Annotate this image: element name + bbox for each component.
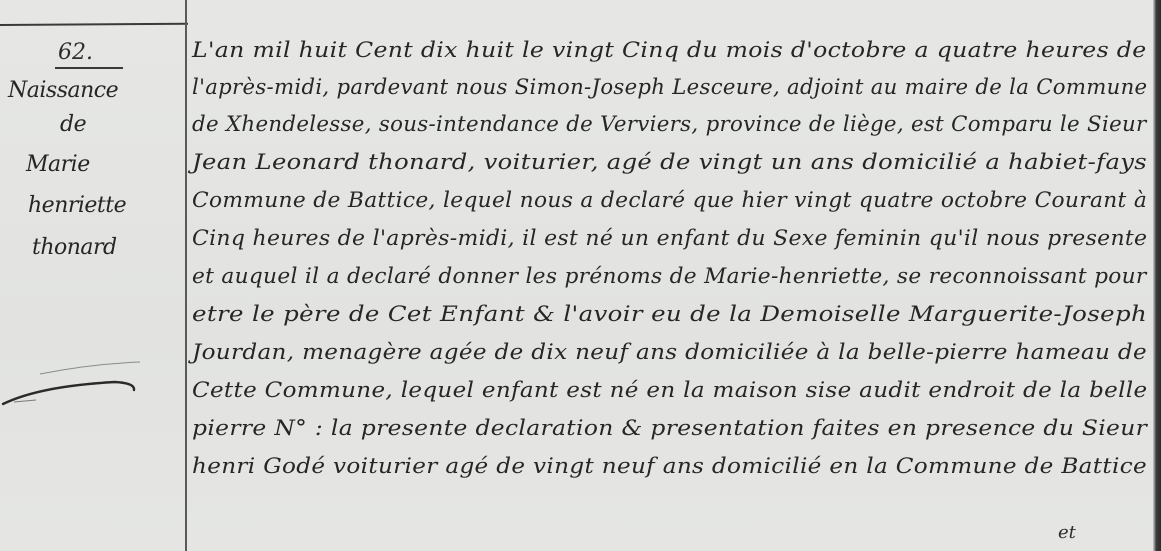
top-rule-line — [0, 23, 188, 26]
record-line: pierre N° : la presente declaration & pr… — [192, 416, 1147, 440]
margin-title-line: de — [60, 112, 86, 137]
record-line: Jourdan, menagère agée de dix neuf ans d… — [192, 340, 1147, 364]
register-page: 62. Naissance de Marie henriette thonard… — [0, 0, 1161, 551]
record-line: Jean Leonard thonard, voiturier, agé de … — [192, 150, 1147, 174]
margin-title-line: henriette — [28, 193, 126, 218]
page-binding-edge — [1153, 0, 1161, 551]
margin-title-line: thonard — [32, 235, 117, 260]
record-continuation: et — [1058, 522, 1076, 543]
margin-title-line: Naissance — [8, 78, 118, 103]
record-line: L'an mil huit Cent dix huit le vingt Cin… — [192, 38, 1146, 62]
record-line: de Xhendelesse, sous-intendance de Vervi… — [192, 112, 1147, 136]
margin-column-divider — [185, 0, 187, 551]
entry-number-underline — [55, 67, 123, 69]
entry-number: 62. — [58, 40, 93, 65]
record-line: et auquel il a declaré donner les prénom… — [192, 264, 1147, 288]
pen-flourish-icon — [0, 360, 140, 410]
record-line: etre le père de Cet Enfant & l'avoir eu … — [192, 302, 1147, 326]
margin-title-line: Marie — [26, 152, 90, 177]
record-line: Cinq heures de l'après-midi, il est né u… — [192, 226, 1147, 250]
record-line: Cette Commune, lequel enfant est né en l… — [192, 378, 1147, 402]
record-line: Commune de Battice, lequel nous a declar… — [192, 188, 1147, 212]
record-line: henri Godé voiturier agé de vingt neuf a… — [192, 454, 1147, 478]
record-line: l'après-midi, pardevant nous Simon-Josep… — [192, 75, 1147, 99]
